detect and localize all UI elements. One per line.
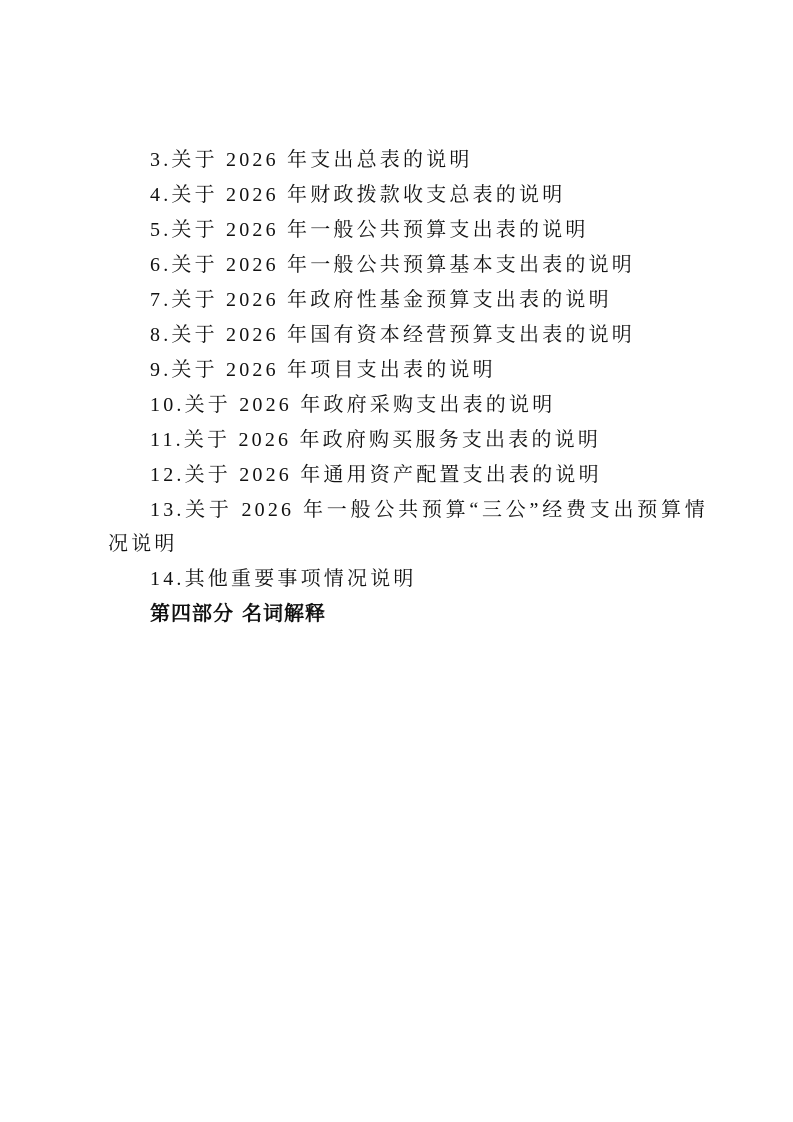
toc-item-3: 3.关于 2026 年支出总表的说明: [150, 148, 473, 172]
section-heading: 第四部分 名词解释: [150, 601, 326, 625]
toc-item-7: 7.关于 2026 年政府性基金预算支出表的说明: [150, 288, 612, 312]
toc-item-9: 9.关于 2026 年项目支出表的说明: [150, 358, 496, 382]
toc-item-8: 8.关于 2026 年国有资本经营预算支出表的说明: [150, 323, 635, 347]
toc-item-11: 11.关于 2026 年政府购买服务支出表的说明: [150, 428, 601, 452]
toc-item-5: 5.关于 2026 年一般公共预算支出表的说明: [150, 218, 589, 242]
toc-item-10: 10.关于 2026 年政府采购支出表的说明: [150, 393, 555, 417]
toc-item-14: 14.其他重要事项情况说明: [150, 567, 417, 591]
toc-item-12: 12.关于 2026 年通用资产配置支出表的说明: [150, 463, 602, 487]
toc-item-4: 4.关于 2026 年财政拨款收支总表的说明: [150, 183, 565, 207]
toc-item-6: 6.关于 2026 年一般公共预算基本支出表的说明: [150, 253, 635, 277]
document-page: 3.关于 2026 年支出总表的说明 4.关于 2026 年财政拨款收支总表的说…: [0, 0, 793, 1122]
toc-item-13: 13.关于 2026 年一般公共预算“三公”经费支出预算情况说明: [108, 493, 708, 561]
